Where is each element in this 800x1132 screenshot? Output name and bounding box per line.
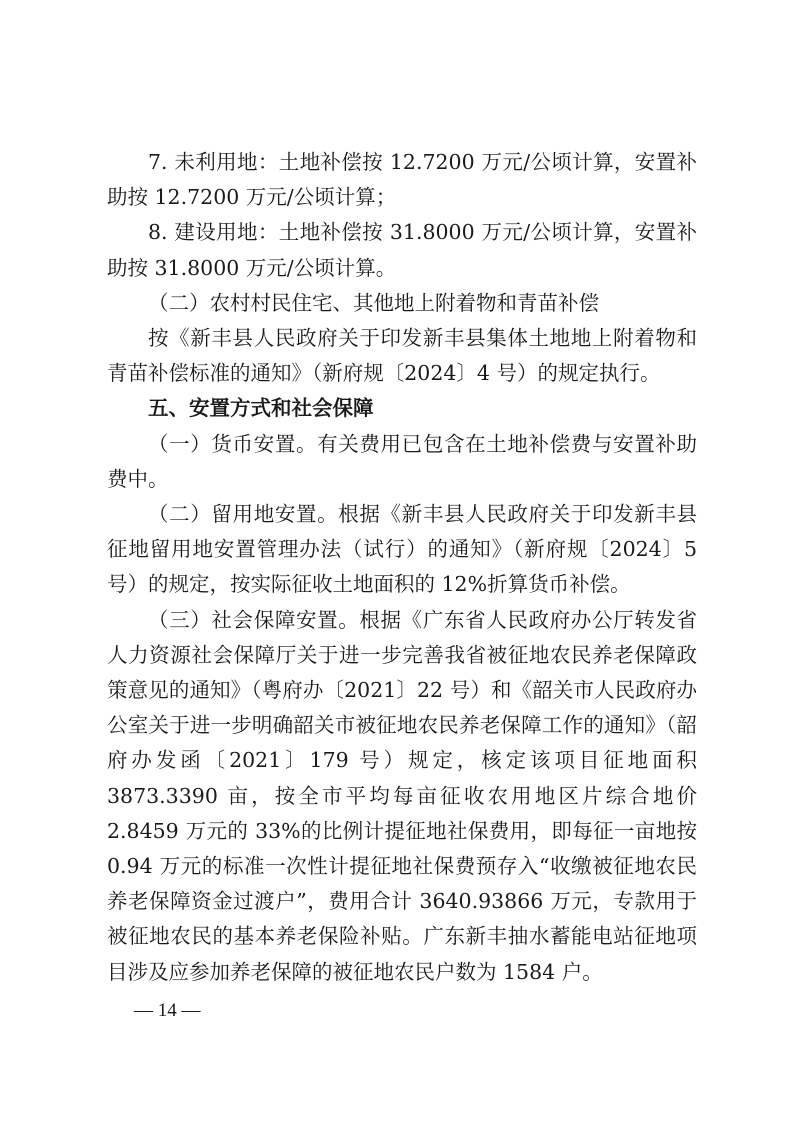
section-heading-resettlement: 五、安置方式和社会保障 [107, 391, 697, 426]
document-body: 7. 未利用地：土地补偿按 12.7200 万元/公顷计算，安置补助按 12.7… [107, 145, 697, 990]
paragraph-housing-compensation: 按《新丰县人民政府关于印发新丰县集体土地地上附着物和青苗补偿标准的通知》（新府规… [107, 321, 697, 391]
paragraph-construction-land: 8. 建设用地：土地补偿按 31.8000 万元/公顷计算，安置补助按 31.8… [107, 215, 697, 285]
paragraph-unused-land: 7. 未利用地：土地补偿按 12.7200 万元/公顷计算，安置补助按 12.7… [107, 145, 697, 215]
paragraph-monetary-resettlement: （一）货币安置。有关费用已包含在土地补偿费与安置补助费中。 [107, 427, 697, 497]
paragraph-social-security: （三）社会保障安置。根据《广东省人民政府办公厅转发省人力资源社会保障厅关于进一步… [107, 603, 697, 990]
subheading-housing-compensation: （二）农村村民住宅、其他地上附着物和青苗补偿 [107, 286, 697, 321]
paragraph-reserved-land: （二）留用地安置。根据《新丰县人民政府关于印发新丰县征地留用地安置管理办法（试行… [107, 497, 697, 603]
page-number: — 14 — [134, 1000, 201, 1022]
